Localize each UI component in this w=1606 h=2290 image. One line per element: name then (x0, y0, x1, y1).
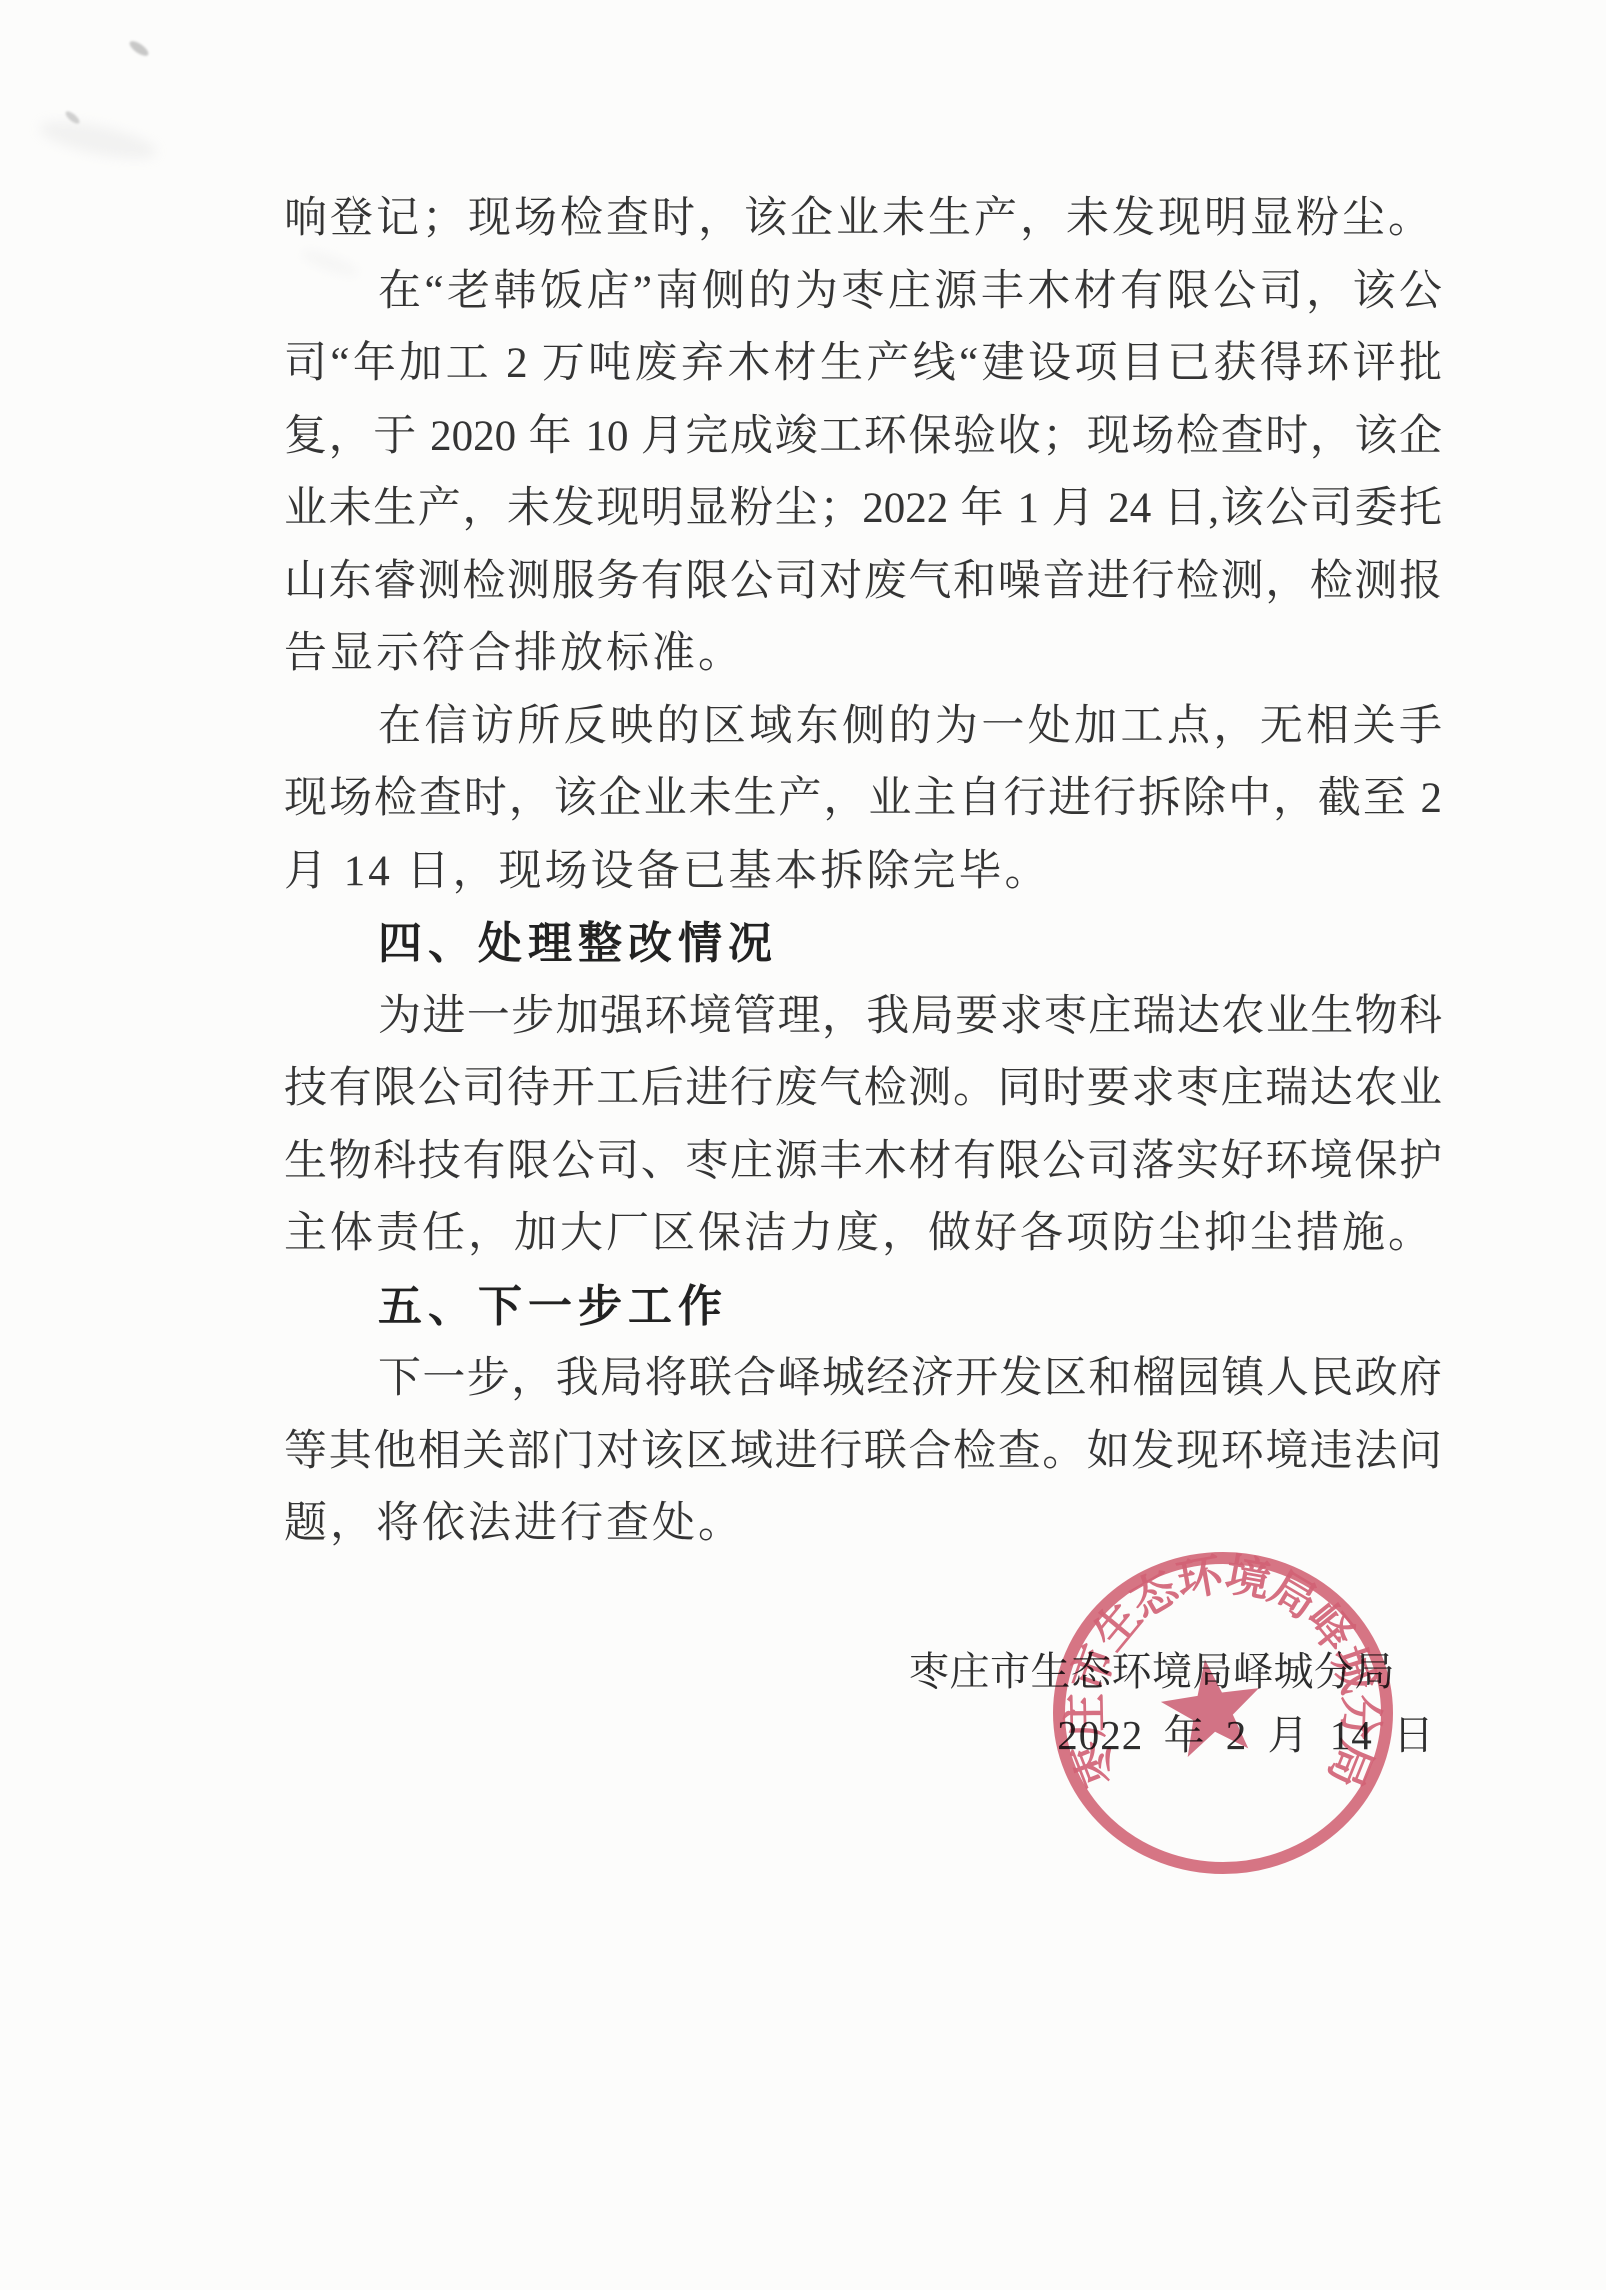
document-line: 等其他相关部门对该区域进行联合检查。如发现环境违法问 (284, 1416, 1442, 1489)
document-page: 响登记；现场检查时，该企业未生产，未发现明显粉尘。 在“老韩饭店”南侧的为枣庄源… (0, 0, 1606, 2290)
document-line: 下一步，我局将联合峄城经济开发区和榴园镇人民政府 (284, 1343, 1442, 1416)
document-line: 告显示符合排放标准。 (284, 618, 1442, 691)
document-line: 为进一步加强环境管理，我局要求枣庄瑞达农业生物科 (284, 981, 1442, 1054)
scan-smudge (36, 114, 159, 166)
document-body: 响登记；现场检查时，该企业未生产，未发现明显粉尘。 在“老韩饭店”南侧的为枣庄源… (284, 183, 1442, 1561)
document-line: 生物科技有限公司、枣庄源丰木材有限公司落实好环境保护 (284, 1126, 1442, 1199)
svg-text:枣庄市生态环境局峄城分局: 枣庄市生态环境局峄城分局 (1061, 1549, 1386, 1794)
section-heading-4: 四、处理整改情况 (284, 908, 1442, 981)
document-line: 月 14 日，现场设备已基本拆除完毕。 (284, 836, 1442, 909)
document-line: 业未生产，未发现明显粉尘；2022 年 1 月 24 日,该公司委托 (284, 473, 1442, 546)
section-heading-5: 五、下一步工作 (284, 1271, 1442, 1344)
document-line: 司“年加工 2 万吨废弃木材生产线“建设项目已获得环评批 (284, 328, 1442, 401)
document-line: 复，于 2020 年 10 月完成竣工环保验收；现场检查时，该企 (284, 401, 1442, 474)
document-line: 在信访所反映的区域东侧的为一处加工点，无相关手续， (284, 691, 1442, 764)
seal-arc-text: 枣庄市生态环境局峄城分局 (1061, 1549, 1386, 1794)
scan-smudge (127, 39, 150, 59)
document-line: 在“老韩饭店”南侧的为枣庄源丰木材有限公司，该公 (284, 256, 1442, 329)
document-line: 技有限公司待开工后进行废气检测。同时要求枣庄瑞达农业 (284, 1053, 1442, 1126)
document-line: 响登记；现场检查时，该企业未生产，未发现明显粉尘。 (284, 183, 1442, 256)
seal-star-icon (1156, 1653, 1267, 1760)
document-line: 主体责任，加大厂区保洁力度，做好各项防尘抑尘措施。 (284, 1198, 1442, 1271)
document-line: 山东睿测检测服务有限公司对废气和噪音进行检测，检测报 (284, 546, 1442, 619)
official-seal: 枣庄市生态环境局峄城分局 (1032, 1532, 1414, 1894)
document-line: 现场检查时，该企业未生产，业主自行进行拆除中，截至 2 (284, 763, 1442, 836)
